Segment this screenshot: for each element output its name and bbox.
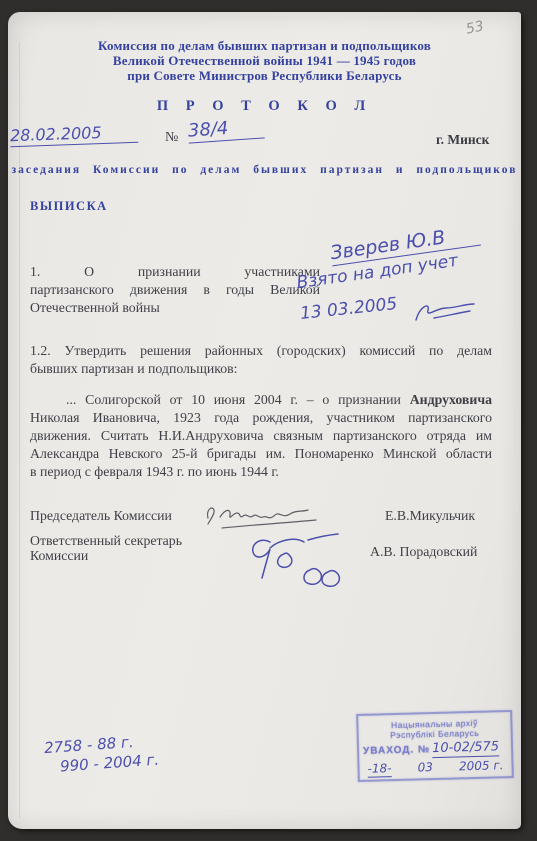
stamp-entry-number: 10-02/575 — [432, 739, 499, 758]
scanned-document: 53 Комиссия по делам бывших партизан и п… — [0, 0, 537, 841]
note-signature-icon — [406, 296, 484, 330]
extract-heading: ВЫПИСКА — [30, 199, 108, 214]
stamp-day: -18- — [367, 761, 391, 778]
decision-line-4: Александра Невского 25-й бригады им. Пон… — [30, 445, 492, 463]
agenda-item-1-line-2: партизанского движения в годы Великой — [30, 281, 320, 299]
decision-line-1-text: ... Солигорской от 10 июня 2004 г. – о п… — [66, 392, 401, 407]
number-sign: № — [165, 130, 178, 146]
page-fold-line — [19, 42, 21, 819]
document-page: 53 Комиссия по делам бывших партизан и п… — [8, 12, 521, 829]
chairman-label: Председатель Комиссии — [30, 507, 172, 525]
page-number: 53 — [465, 18, 486, 37]
handwritten-protocol-number: 38/4 — [187, 115, 264, 143]
decision-line-2: Николая Ивановича, 1923 года рождения, у… — [30, 409, 492, 427]
stamp-month: 03 — [417, 760, 433, 774]
secretary-name: А.В. Порадовский — [370, 543, 477, 561]
stamp-entry-label: УВАХОД. № — [363, 744, 430, 757]
decision-line-5: в период с февраля 1943 г. по июнь 1944 … — [30, 463, 492, 481]
decision-paragraph: ... Солигорской от 10 июня 2004 г. – о п… — [30, 391, 492, 481]
agenda-item-1: 1. О признании участниками партизанского… — [30, 263, 320, 317]
org-name-line-3: при Совете Министров Республики Беларусь — [8, 68, 521, 83]
secretary-signature — [240, 528, 352, 592]
resolution-line-1: 1.2. Утвердить решения районных (городск… — [30, 342, 492, 360]
chairman-name: Е.В.Микульчик — [385, 507, 475, 525]
org-name-line-2: Великой Отечественной войны 1941 — 1945 … — [8, 53, 521, 68]
stamp-year: 2005 г. — [459, 758, 504, 773]
session-subject: заседания Комиссии по делам бывших парти… — [8, 164, 521, 176]
city-label: г. Минск — [436, 132, 489, 148]
decision-line-1: ... Солигорской от 10 июня 2004 г. – о п… — [30, 391, 492, 409]
doc-title: П Р О Т О К О Л — [8, 98, 521, 115]
secretary-label-line-2: Комиссии — [30, 547, 88, 565]
archive-stamp: Нацыянальны архіў Рэспублікі Беларусь УВ… — [356, 710, 514, 782]
resolution-line-2: бывших партизан и подпольщиков: — [30, 360, 492, 378]
resolution-item-1-2: 1.2. Утвердить решения районных (городск… — [30, 342, 492, 378]
decision-line-3: движения. Считать Н.И.Андруховича связны… — [30, 427, 492, 445]
agenda-item-1-line-3: Отечественной войны — [30, 299, 320, 317]
recognized-person-name: Андруховича — [410, 392, 492, 407]
org-name-line-1: Комиссия по делам бывших партизан и подп… — [8, 38, 521, 53]
handwritten-date: 28.02.2005 — [10, 122, 139, 147]
agenda-item-1-line-1: 1. О признании участниками — [30, 263, 320, 281]
